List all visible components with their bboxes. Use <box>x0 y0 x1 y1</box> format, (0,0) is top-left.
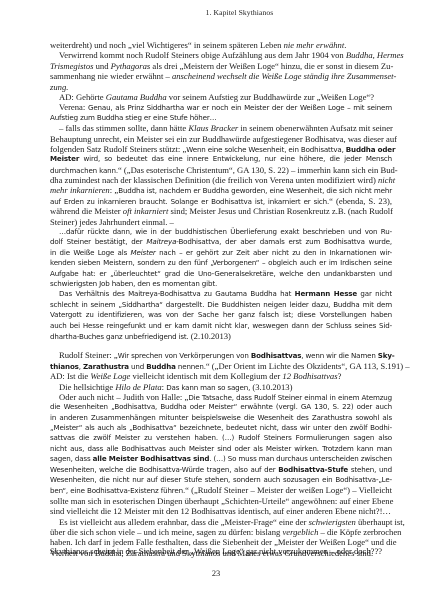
text-span: überhaupt ist, <box>356 517 405 527</box>
text-line: Rudolf Steiner: „Wir sprechen von Verkör… <box>50 350 392 360</box>
running-header: 1. Kapitel Skythianos <box>0 8 424 17</box>
quote-text: die Wesenheiten „Bodhisattva, Buddha ode… <box>50 402 392 411</box>
quote-text: , wenn wir die Namen <box>301 351 378 360</box>
text-span: ? <box>338 371 342 381</box>
bold-quote-text: Hermann Hesse <box>295 289 357 298</box>
bold-quote-text: Buddha <box>146 362 176 371</box>
emphasis-text: anscheinend wechselt die Weiße Loge stän… <box>172 71 396 81</box>
text-line: ben“, eine Bodhisattva-Existenz führen.“… <box>50 485 392 495</box>
date-text: (2.10.2013) <box>189 331 231 341</box>
emphasis-text: Weiße Loge <box>90 371 130 381</box>
text-line: durchmachen kann.“ („Das esoterische Chr… <box>50 165 392 175</box>
text-line: Verena: Genau, als Prinz Siddhartha war … <box>50 102 392 112</box>
text-line: schwierigsten Job haben, den es momentan… <box>50 279 392 289</box>
text-line: Aufstieg zum Buddha stieg er eine Stufe … <box>50 113 392 123</box>
quote-text: nicht aus, dass alle Bodhisattvas auch M… <box>50 444 392 453</box>
text-line: Das Verhältnis des Maitreya-Bodhisattva … <box>50 289 392 299</box>
emphasis-text: schwierigsten <box>309 517 356 527</box>
text-line: dha zumindest nach der klassischen Defin… <box>50 175 392 185</box>
text-span: und <box>93 61 110 71</box>
text-span: Die hellsichtige <box>59 382 115 392</box>
quote-text: Aufstieg zum Buddha stieg er eine Stufe … <box>50 113 217 122</box>
text-span: in seinem obenerwähnten Aufsatz mit sein… <box>238 123 393 133</box>
citation-text: “ („Das esoterische Christentum“, GA 130… <box>118 165 398 175</box>
text-line: auf Erden zu inkarnieren braucht. Solang… <box>50 196 392 206</box>
quote-text: sattvas die zwölf Meister zu verstehen h… <box>50 433 392 442</box>
quote-text: Das Verhältnis des Maitreya-Bodhisattva … <box>59 289 295 298</box>
text-span: Oder auch nicht – Judith von Halle: „ <box>59 392 188 402</box>
text-line: sind vielleicht die 12 Meister mit den 1… <box>50 506 392 516</box>
emphasis-text: Buddha, Hermes <box>346 50 404 60</box>
quote-text: und <box>129 362 146 371</box>
citation-text: “ („Rudolf Steiner – Meister der weißen … <box>185 485 392 495</box>
emphasis-text: Hilo de Plata <box>115 382 161 392</box>
text-line: – falls das stimmen sollte, dann hätte K… <box>50 123 392 133</box>
text-span: sammenhang nie wieder erwähnt – <box>50 71 172 81</box>
text-line: über die sich schon viele – und ich mein… <box>50 527 392 537</box>
quote-text: auch bei Hesse reingefunkt und er kam da… <box>50 321 392 330</box>
quote-text: Wenn eine solche Wesenheit, ein Bodhisat… <box>186 145 346 154</box>
emphasis-text: oft inkarniert <box>123 206 169 216</box>
text-line: Vatergott zu identifizieren, was von der… <box>50 310 392 320</box>
quote-text: nennen. <box>176 362 206 371</box>
text-line: sollte man sich in esoterischen Dingen ü… <box>50 496 392 506</box>
text-line: Oder auch nicht – Judith von Halle: „Die… <box>50 392 392 402</box>
text-span: – die Köpfe zerbrochen <box>318 527 401 537</box>
quote-text: Wir sprechen von Verkörperungen von <box>118 351 251 360</box>
emphasis-text: 12 Bodhisattvas <box>282 371 337 381</box>
text-line: folgenden Satz Rudolf Steiners stützt: „… <box>50 144 392 154</box>
quote-text: Aufgabe hat: er „überleuchtet“ grad die … <box>50 269 392 278</box>
text-line: sammenhang nie wieder erwähnt – anschein… <box>50 71 392 81</box>
emphasis-text: nicht <box>378 175 395 185</box>
text-line: Aufgabe hat: er „überleuchtet“ grad die … <box>50 269 392 279</box>
quote-text: gar nicht <box>357 289 392 298</box>
text-span: dha zumindest nach der klassischen Defin… <box>50 175 378 185</box>
text-line: sattvas die zwölf Meister zu verstehen h… <box>50 433 392 443</box>
text-line: während die Meister oft inkarniert sind;… <box>50 206 392 216</box>
quote-text: Vatergott zu identifizieren, was von der… <box>50 310 392 319</box>
text-line: Steiner) jedes Jahrhundert einmal. – <box>50 217 392 227</box>
quote-text: Die Tatsache, dass Rudolf Steiner einmal… <box>188 393 392 402</box>
text-span: Steiner) jedes Jahrhundert einmal. – <box>50 217 174 227</box>
text-line: auch bei Hesse reingefunkt und er kam da… <box>50 321 392 331</box>
text-line: Behauptung unrecht, ein Meister sei ein … <box>50 134 392 144</box>
text-line: Trismegistos und Pythagoras als drei „Me… <box>50 61 392 71</box>
quote-text: Wesenheiten, welche die Bodhisattva-Würd… <box>50 465 278 474</box>
emphasis-text: zung. <box>50 82 68 92</box>
bold-quote-text: Meister <box>50 154 79 163</box>
document-page: 1. Kapitel Skythianos weiterdreht) und n… <box>0 0 424 600</box>
quote-text: dolf Steiner bestätigt, der <box>50 237 146 246</box>
paragraph-gap <box>50 341 392 350</box>
text-line: weiterdreht) und noch „viel Wichtigeres“… <box>50 40 392 50</box>
text-span: Rudolf Steiner: „ <box>59 350 118 360</box>
text-line: …dafür rückte dann, wie in der buddhisti… <box>50 227 392 237</box>
emphasis-text: nie mehr erwähnt <box>284 40 345 50</box>
date-text: (3.10.2013) <box>250 382 292 392</box>
emphasis-text: Trismegistos <box>50 61 93 71</box>
emphasis-text: Pythagoras <box>111 61 151 71</box>
citation-text: “ (ebenda, S. 23), <box>329 196 392 206</box>
bold-quote-text: Bodhisattvas <box>251 351 301 360</box>
text-span: Es ist vielleicht aus alledem erahnbar, … <box>59 517 309 527</box>
text-line: thianos, Zarathustra und Buddha nennen.“… <box>50 361 392 371</box>
bold-quote-text: alle Meister Bodhisattvas sind <box>93 454 210 463</box>
emphasis-text: Klaus Bracker <box>188 123 238 133</box>
quote-text: auf Erden zu inkarnieren braucht. Solang… <box>50 197 329 206</box>
body-text: weiterdreht) und noch „viel Wichtigeres“… <box>50 40 392 558</box>
quote-text: sagen, dass <box>50 454 93 463</box>
text-span: Verwirrend kommt noch Rudolf Steiners ob… <box>59 50 346 60</box>
text-line: in die Weiße Loge als Meister nach – er … <box>50 248 392 258</box>
bold-quote-text: thianos <box>50 362 79 371</box>
text-span: vielleicht identisch mit dem Kollegium d… <box>130 371 282 381</box>
text-line: die Wesenheiten „Bodhisattva, Buddha ode… <box>50 402 392 412</box>
text-line: dhartha-Buches ganz unbefriedigend ist. … <box>50 331 392 341</box>
emphasis-text: mehr inkarnieren <box>50 185 110 195</box>
text-line: mehr inkarnieren: „Buddha ist, nachdem e… <box>50 185 392 195</box>
text-line: zung. <box>50 82 392 92</box>
text-line: nicht aus, dass alle Bodhisattvas auch M… <box>50 444 392 454</box>
quote-text: in die Weiße Loge als <box>50 248 131 257</box>
text-span: – falls das stimmen sollte, dann hätte <box>59 123 188 133</box>
text-line: „Meister“ als auch als „Bodhisattva“ bez… <box>50 423 392 433</box>
citation-text: “ („Der Orient im Lichte des Okzidents“,… <box>206 361 410 371</box>
quote-text: stehen, und <box>348 465 392 474</box>
text-line: Meister wird, so bedeutet das eine inner… <box>50 154 392 164</box>
quote-text: -Bodhisattva, der aber damals erst zum B… <box>176 237 392 246</box>
emphasis-text: Meister <box>131 248 156 257</box>
emphasis-text: vergeblich <box>282 527 318 537</box>
text-line: Wesenheiten, welche die Bodhisattva-Würd… <box>50 465 392 475</box>
text-line: Wesenheiten, die nicht nur auf dieser St… <box>50 475 392 485</box>
text-span: während die Meister <box>50 206 123 216</box>
text-span: weiterdreht) und noch „viel Wichtigeres“… <box>50 40 284 50</box>
text-line: schlecht in seinem „Siddhartha“ dargeste… <box>50 300 392 310</box>
text-span: AD: Ist die <box>50 371 90 381</box>
text-span: vor seinem Aufstieg zur Buddhawürde zur … <box>167 92 374 102</box>
quote-text: . (…) So muss man durchaus unterscheiden… <box>209 454 392 463</box>
quote-text: schwierigsten Job haben, den es momentan… <box>50 279 217 288</box>
quote-text: durchmachen kann. <box>50 166 118 175</box>
text-line: dolf Steiner bestätigt, der Maitreya-Bod… <box>50 237 392 247</box>
quote-text: „Meister“ als auch als „Bodhisattva“ bez… <box>50 423 392 432</box>
emphasis-text: Maitreya <box>146 237 176 246</box>
text-span: sind; Meister Jesus und Christian Rosenk… <box>168 206 393 216</box>
text-line: AD: Gehörte Gautama Buddha vor seinem Au… <box>50 92 392 102</box>
quote-text: Wesenheiten, die nicht nur auf dieser St… <box>50 475 392 484</box>
quote-text: nach – er gehört zur Zeit aber nicht zu … <box>156 248 392 257</box>
bold-quote-text: Zarathustra <box>83 362 129 371</box>
speaker-label: Verena: <box>59 102 88 112</box>
text-line: Die hellsichtige Hilo de Plata: Das kann… <box>50 382 392 392</box>
closing-question: Skythianos scheint in der Siebenheit der… <box>0 546 424 556</box>
text-span: AD: Gehörte <box>59 92 106 102</box>
quote-text: dhartha-Buches ganz unbefriedigend ist. <box>50 332 189 341</box>
text-span: : „ <box>110 185 119 195</box>
text-line: in anderen Zusammenhängen mitunter beisp… <box>50 413 392 423</box>
text-span: über die sich schon viele – und ich mein… <box>50 527 282 537</box>
quote-text: Das kann man so sagen, <box>166 383 250 392</box>
quote-text: Buddha ist, nachdem er Buddha geworden, … <box>118 186 392 195</box>
quote-text: Genau, als Prinz Siddhartha war er noch … <box>88 103 392 112</box>
text-span: sind vielleicht die 12 Meister mit den 1… <box>50 506 391 516</box>
text-line: AD: Ist die Weiße Loge vielleicht identi… <box>50 371 392 381</box>
text-span: als drei „Meistern der Weißen Loge“ hinz… <box>150 61 393 71</box>
quote-text: schlecht in seinem „Siddhartha“ dargeste… <box>50 300 392 309</box>
bold-quote-text: Buddha oder <box>346 145 396 154</box>
bold-quote-text: Sky- <box>378 351 395 360</box>
quote-text: ben“, eine Bodhisattva-Existenz führen. <box>50 486 185 495</box>
quote-text: wird, so bedeutet das eine innere Entwic… <box>79 154 392 163</box>
emphasis-text: Gautama Buddha <box>106 92 167 102</box>
quote-text: …dafür rückte dann, wie in der buddhisti… <box>59 227 392 236</box>
text-span: folgenden Satz Rudolf Steiners stützt: „ <box>50 144 186 154</box>
page-number: 23 <box>0 569 424 578</box>
text-line: Verwirrend kommt noch Rudolf Steiners ob… <box>50 50 392 60</box>
text-span: sollte man sich in esoterischen Dingen ü… <box>50 496 393 506</box>
text-line: Es ist vielleicht aus alledem erahnbar, … <box>50 517 392 527</box>
quote-text: in anderen Zusammenhängen mitunter beisp… <box>50 413 392 422</box>
bold-quote-text: Bodhisattva-Stufe <box>278 465 348 474</box>
quote-text: kenden sieben Meistern, sondern zu den f… <box>50 258 392 267</box>
text-line: sagen, dass alle Meister Bodhisattvas si… <box>50 454 392 464</box>
text-span: Behauptung unrecht, ein Meister sei ein … <box>50 134 397 144</box>
text-span: . <box>344 40 346 50</box>
text-line: kenden sieben Meistern, sondern zu den f… <box>50 258 392 268</box>
